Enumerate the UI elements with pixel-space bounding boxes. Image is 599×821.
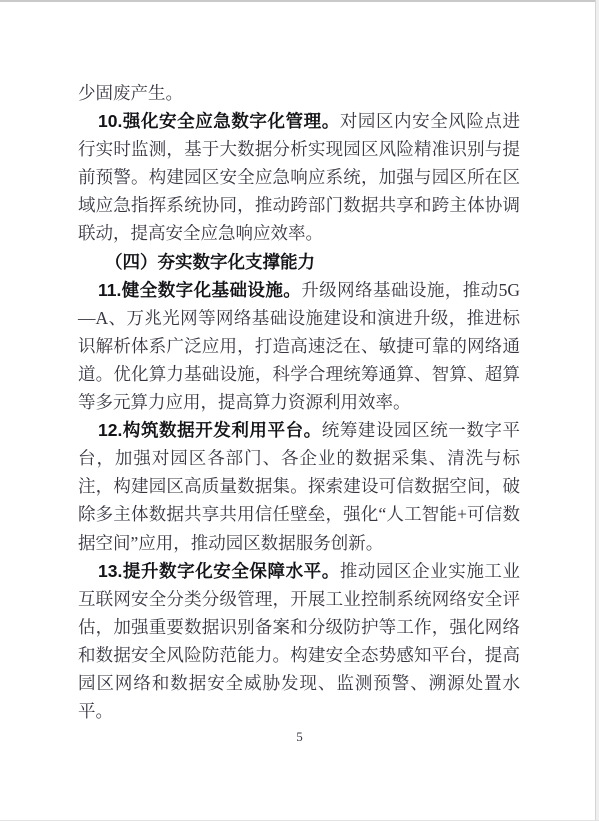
- clause-10-lead: 10.强化安全应急数字化管理。: [98, 111, 340, 131]
- paragraph-text: 少固废产生。: [78, 83, 183, 103]
- page-content: 少固废产生。 10.强化安全应急数字化管理。对园区内安全风险点进行实时监测，基于…: [78, 79, 520, 725]
- paragraph-clause-13: 13.提升数字化安全保障水平。推动园区企业实施工业互联网安全分类分级管理，开展工…: [78, 557, 520, 726]
- section-heading: （四）夯实数字化支撑能力: [78, 248, 520, 276]
- page-number: 5: [0, 729, 599, 745]
- page-top-edge: [0, 0, 599, 2]
- document-page: { "document": { "background_color": "#ff…: [0, 0, 599, 821]
- paragraph-clause-11: 11.健全数字化基础设施。升级网络基础设施，推动5G—A、万兆光网等网络基础设施…: [78, 276, 520, 416]
- continuation-paragraph: 少固废产生。: [78, 79, 520, 107]
- paragraph-clause-10: 10.强化安全应急数字化管理。对园区内安全风险点进行实时监测，基于大数据分析实现…: [78, 107, 520, 247]
- clause-11-lead: 11.健全数字化基础设施。: [98, 280, 301, 300]
- page-right-edge: [595, 0, 596, 821]
- paragraph-clause-12: 12.构筑数据开发利用平台。统筹建设园区统一数字平台，加强对园区各部门、各企业的…: [78, 416, 520, 556]
- clause-12-lead: 12.构筑数据开发利用平台。: [98, 420, 322, 440]
- paragraph-text: 推动园区企业实施工业互联网安全分类分级管理，开展工业控制系统网络安全评估，加强重…: [78, 561, 520, 721]
- clause-13-lead: 13.提升数字化安全保障水平。: [98, 561, 340, 581]
